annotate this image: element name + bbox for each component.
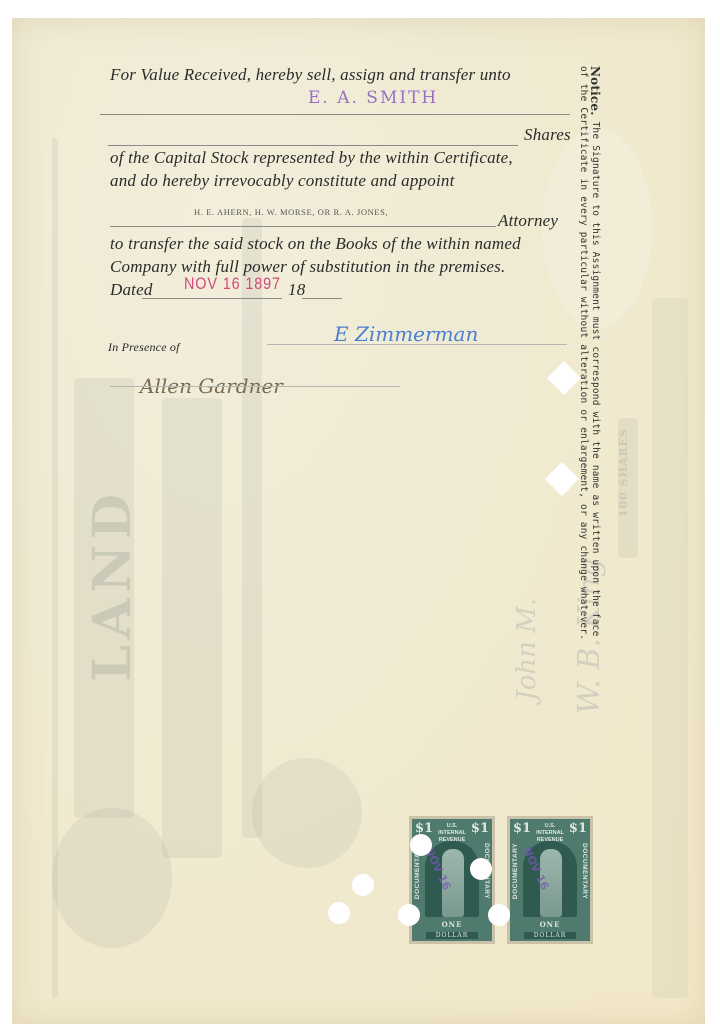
certificate-paper: LAND 100 SHARES W. B. King John M. For V…: [12, 18, 705, 1024]
presence-label: In Presence of: [108, 340, 180, 355]
notice-line-2: of the Certificate in every particular w…: [578, 66, 589, 640]
round-punch-hole: [488, 904, 510, 926]
date-line: [142, 298, 282, 299]
attorney-label: Attorney: [498, 211, 558, 231]
ghost-shares-text: 100 SHARES: [617, 428, 630, 517]
ghost-signature-2: John M.: [512, 598, 542, 701]
assignee-stamp: E. A. SMITH: [308, 88, 438, 108]
stamp-value-unit: DOLLAR: [426, 932, 478, 939]
ghost-subtitle-block: [162, 398, 222, 858]
notice-line-1: The Signature to this Assignment must co…: [590, 122, 601, 637]
shares-label: Shares: [524, 125, 571, 145]
shares-line: [108, 145, 518, 146]
round-punch-hole: [470, 858, 492, 880]
round-punch-hole: [352, 874, 374, 896]
assignee-line: [100, 114, 570, 115]
attorneys-printed: H. E. AHERN, H. W. MORSE, OR R. A. JONES…: [194, 207, 388, 217]
stamp-value-word: ONE: [412, 920, 492, 929]
notice-title: Notice.: [588, 66, 602, 116]
assignment-line-2: of the Capital Stock represented by the …: [110, 148, 513, 168]
stamp-side-right: DOCUMENTARY: [581, 843, 588, 899]
round-punch-hole: [328, 902, 350, 924]
signer-line: [267, 344, 567, 345]
dated-label: Dated: [110, 280, 153, 300]
witness-line: [110, 386, 400, 387]
assignment-line-4: to transfer the said stock on the Books …: [110, 234, 521, 254]
round-punch-hole: [398, 904, 420, 926]
stamp-denom-left: $1: [513, 821, 531, 836]
stamp-value-unit: DOLLAR: [524, 932, 576, 939]
signature-notice: Notice. The Signature to this Assignment…: [578, 66, 601, 640]
assignment-line-3: and do hereby irrevocably constitute and…: [110, 171, 455, 191]
stamp-value-word: ONE: [510, 920, 590, 929]
date-stamp: NOV 16 1897: [184, 274, 281, 294]
stamp-side-left: DOCUMENTARY: [512, 843, 519, 899]
ghost-border-right: [652, 298, 688, 998]
attorney-line: [110, 226, 496, 227]
ghost-seal: [252, 758, 362, 868]
assignment-line-5: Company with full power of substitution …: [110, 257, 505, 277]
ghost-border-strip: [242, 218, 262, 838]
year-prefix: 18: [288, 280, 305, 300]
ghost-vignette: [52, 808, 172, 948]
ghost-title-text: LAND: [82, 488, 143, 682]
stamp-denom-right: $1: [471, 821, 489, 836]
revenue-stamp-2: $1$1 U.S. INTERNAL REVENUE DOCUMENTARY D…: [507, 816, 593, 944]
stamp-denom-right: $1: [569, 821, 587, 836]
assignment-line-1: For Value Received, hereby sell, assign …: [110, 65, 511, 85]
year-line: [302, 298, 342, 299]
round-punch-hole: [410, 834, 432, 856]
signer-signature: E Zimmerman: [334, 322, 478, 346]
